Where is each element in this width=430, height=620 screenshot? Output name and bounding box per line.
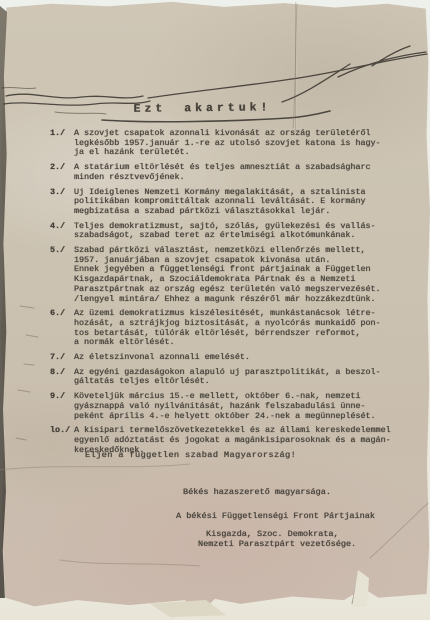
item-number: 6./ bbox=[50, 309, 74, 348]
item-number: 2./ bbox=[50, 163, 74, 182]
item-number: lo./ bbox=[50, 426, 74, 455]
closing-line: Békés hazaszerető magyarsága. bbox=[183, 487, 375, 497]
demand-item: 1./ A szovjet csapatok azonnali kivonásá… bbox=[50, 129, 416, 158]
closing-line: A békési Függetlenségi Front Pártjainak bbox=[176, 511, 375, 521]
demand-item: 7./ Az életszinvonal azonnali emelését. bbox=[50, 353, 416, 363]
item-text: Követeljük március 15.-e mellett, októbe… bbox=[74, 392, 416, 421]
item-number: 7./ bbox=[50, 353, 74, 363]
item-number: 5./ bbox=[50, 246, 74, 304]
demand-item: 8./ Az egyéni gazdaságokon alapuló uj pa… bbox=[50, 368, 416, 387]
demand-item: 9./ Követeljük március 15.-e mellett, ok… bbox=[50, 392, 416, 421]
item-text: Az üzemi demokratizmus kiszélesitését, m… bbox=[74, 309, 416, 348]
item-text: Szabad pártközi választást, nemzetközi e… bbox=[74, 246, 416, 304]
slogan-line: Éljen a független szabad Magyarország! bbox=[85, 450, 296, 460]
item-number: 8./ bbox=[50, 368, 74, 387]
item-text: A statárium eltörlését és teljes amneszt… bbox=[74, 163, 416, 182]
item-number: 1./ bbox=[50, 129, 74, 158]
demand-item: 6./ Az üzemi demokratizmus kiszélesitésé… bbox=[50, 309, 416, 348]
item-text: A szovjet csapatok azonnali kivonását az… bbox=[74, 129, 416, 158]
item-text: Uj Ideiglenes Nemzeti Kormány megalakitá… bbox=[74, 188, 416, 217]
demand-item: 3./ Uj Ideiglenes Nemzeti Kormány megala… bbox=[50, 188, 416, 217]
document-title: Ezt akartuk! bbox=[95, 101, 310, 116]
item-text: Az egyéni gazdaságokon alapuló uj parasz… bbox=[74, 368, 416, 387]
torn-paper-flap bbox=[150, 600, 230, 618]
closing-line: Nemzeti Parasztpárt vezetősége. bbox=[198, 539, 375, 549]
item-number: 4./ bbox=[50, 222, 74, 241]
scanned-document-page: Ezt akartuk! 1./ A szovjet csapatok azon… bbox=[0, 0, 430, 620]
item-text: Teljes demokratizmust, sajtó, szólás, gy… bbox=[74, 222, 416, 241]
closing-block: Békés hazaszerető magyarsága. A békési F… bbox=[176, 487, 375, 549]
demand-item: 5./ Szabad pártközi választást, nemzetkö… bbox=[50, 246, 416, 304]
demand-item: 2./ A statárium eltörlését és teljes amn… bbox=[50, 163, 416, 182]
item-number: 3./ bbox=[50, 188, 74, 217]
closing-line: Kisgazda, Szoc. Demokrata, bbox=[206, 529, 375, 539]
demands-list: 1./ A szovjet csapatok azonnali kivonásá… bbox=[50, 129, 416, 460]
item-number: 9./ bbox=[50, 392, 74, 421]
demand-item: 4./ Teljes demokratizmust, sajtó, szólás… bbox=[50, 222, 416, 241]
item-text: Az életszinvonal azonnali emelését. bbox=[74, 353, 416, 363]
